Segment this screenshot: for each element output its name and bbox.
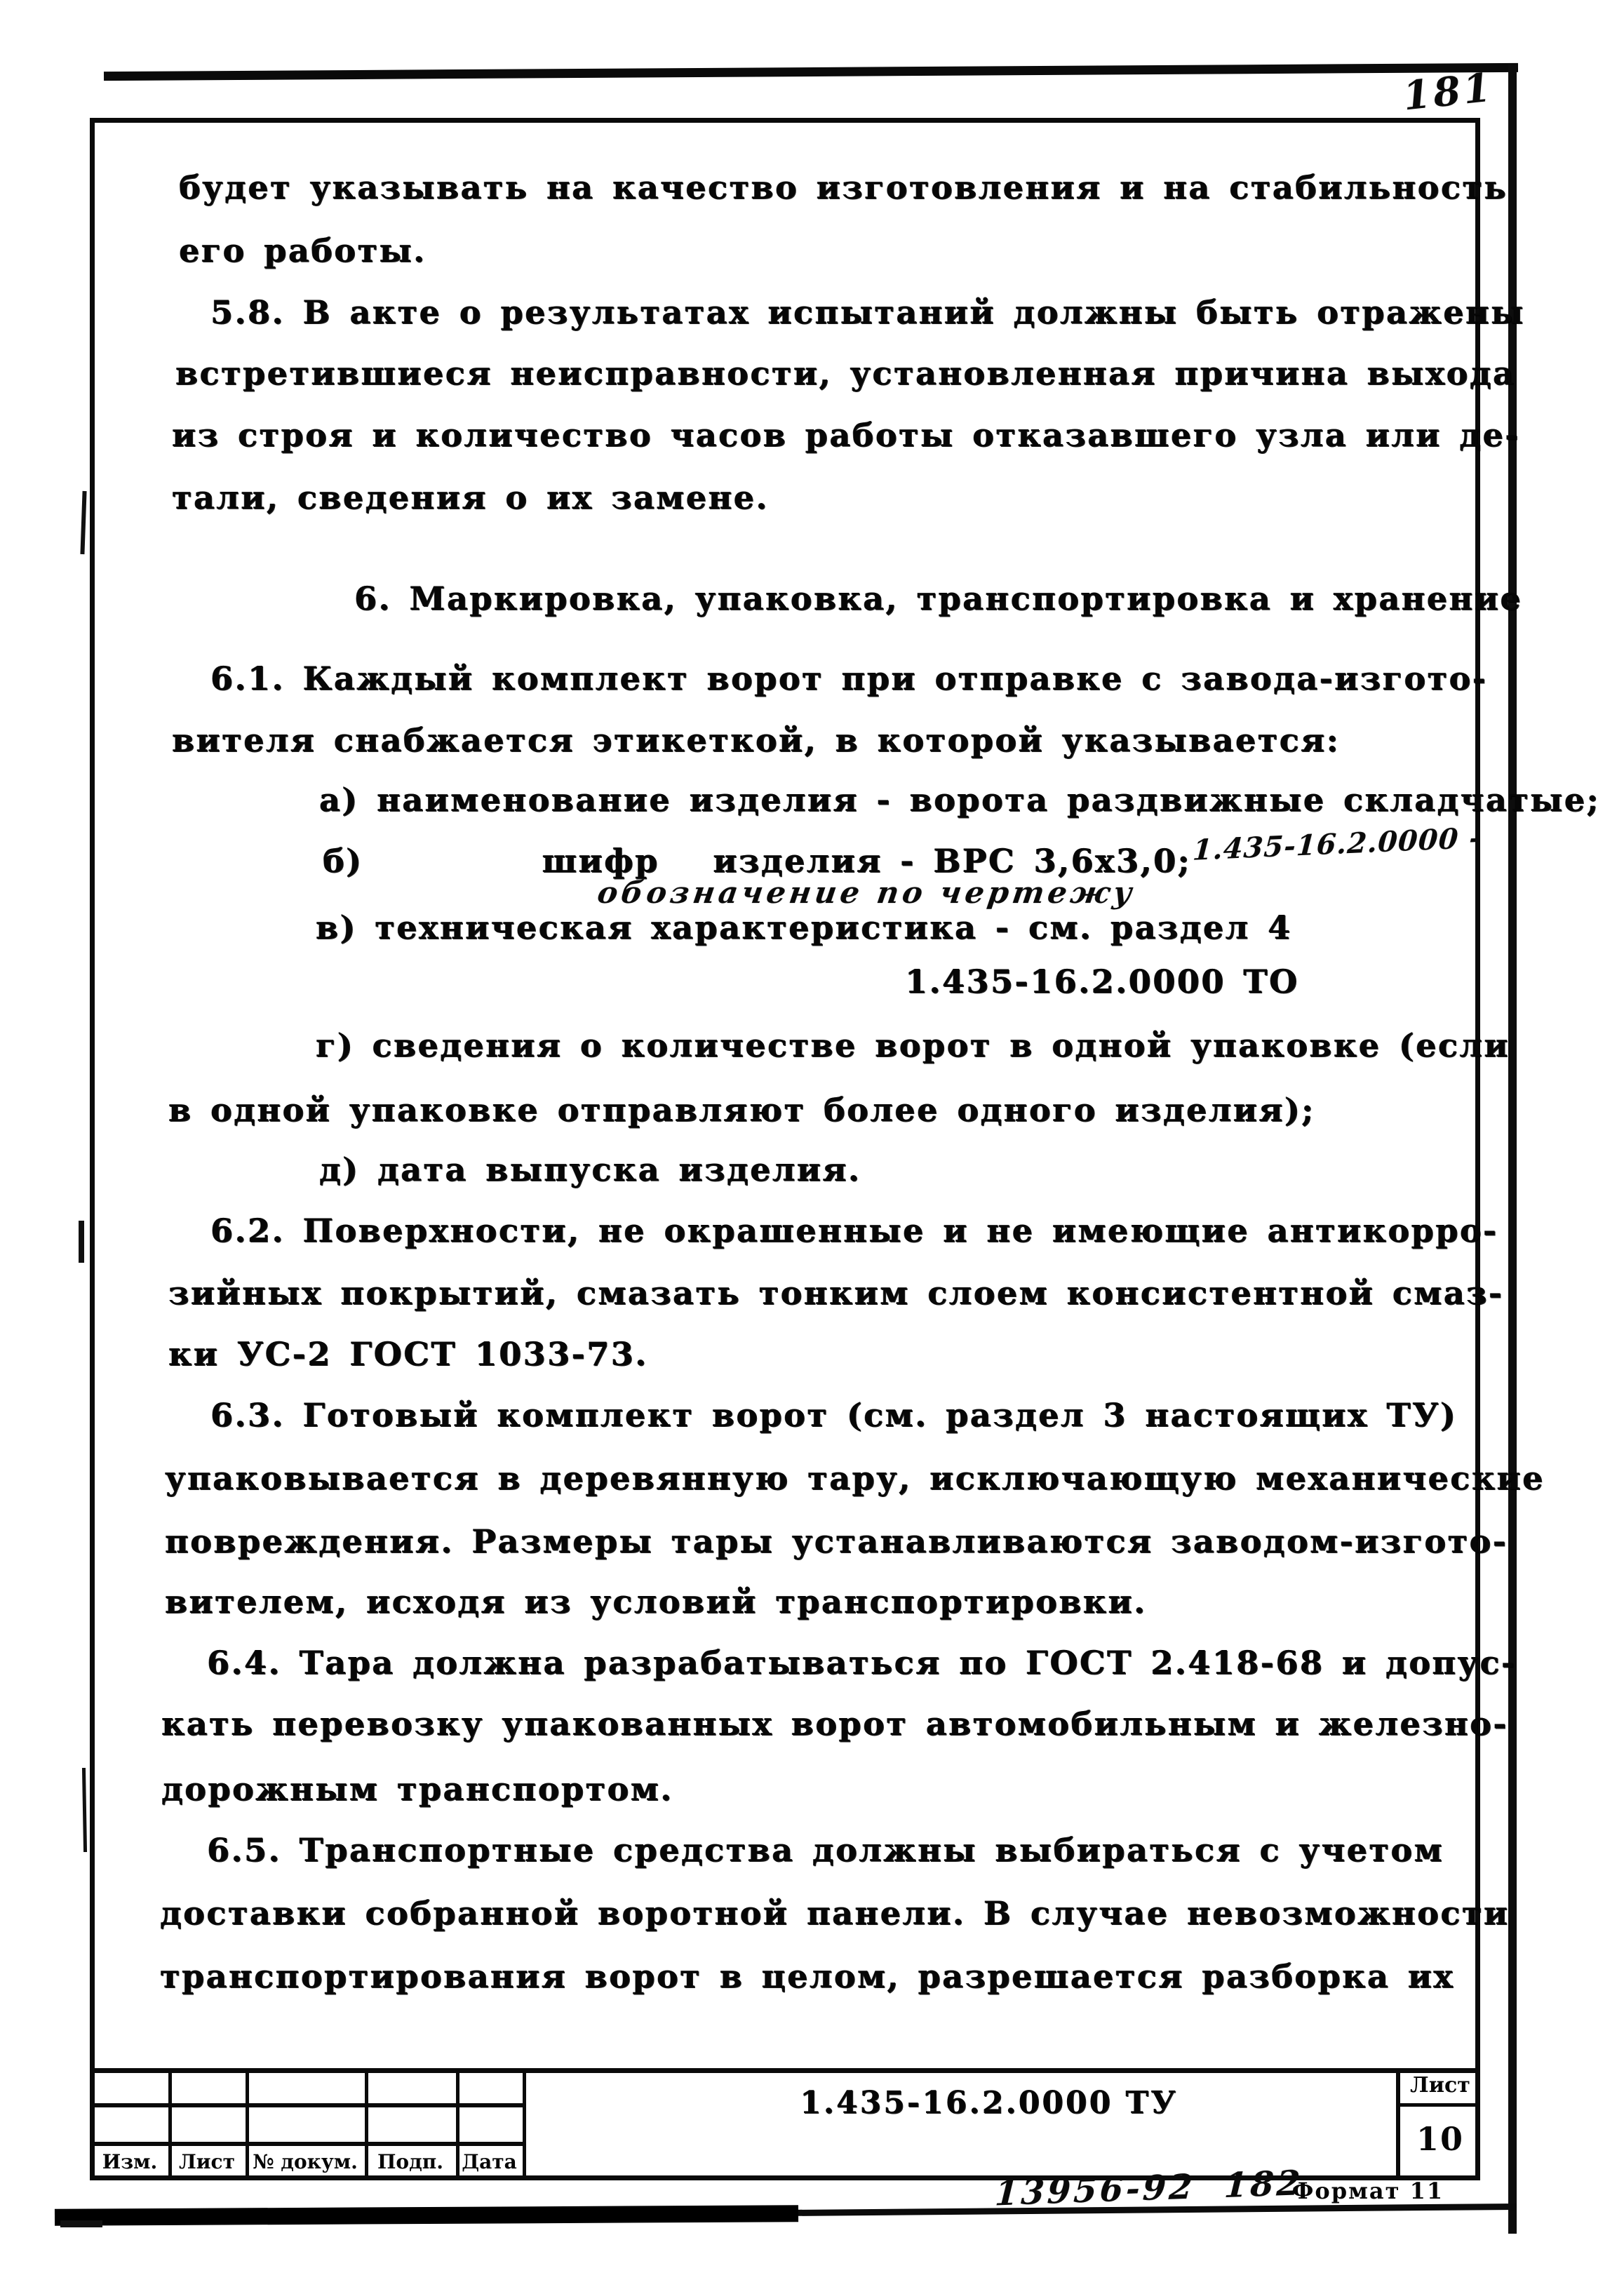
text-line: 6.1. Каждый комплект ворот при отправке … [210,659,1487,697]
text-line: транспортирования ворот в целом, разреша… [160,1957,1454,1995]
title-block-row-divider [90,2103,526,2107]
text-line: встретившиеся неисправности, установленн… [175,354,1515,392]
handwritten-drawing-note: обозначение по чертежу [595,876,1137,911]
scan-artifact [80,491,86,554]
text-line: 6.3. Готовый комплект ворот (см. раздел … [210,1396,1457,1434]
text-line: 6.2. Поверхности, не окрашенные и не име… [210,1212,1498,1249]
scanned-document-page: 181 будет указывать на качество изготовл… [0,0,1624,2287]
text-line: тали, сведения о их замене. [172,478,769,516]
text-line: будет указывать на качество изготовления… [179,168,1508,206]
sheet-number: 10 [1400,2120,1480,2158]
text-line: из строя и количество часов работы отказ… [172,416,1520,454]
text-line: упаковывается в деревянную тару, исключа… [165,1459,1545,1497]
text-line: повреждения. Размеры тары устанавливаютс… [165,1522,1508,1560]
text-line: д) дата выпуска изделия. [319,1151,861,1188]
text-line: кать перевозку упакованных ворот автомоб… [161,1705,1508,1743]
title-block-label: Подп. [365,2150,456,2173]
title-block-label: Изм. [91,2150,168,2173]
text-line: вителем, исходя из условий транспортиров… [165,1583,1147,1621]
text-line: в) техническая характеристика - см. разд… [316,908,1292,946]
title-block-label: Дата [456,2150,523,2173]
text-line: зийных покрытий, смазать тонким слоем ко… [168,1274,1503,1312]
title-block-label: Лист [168,2150,246,2173]
text-line: г) сведения о количестве ворот в одной у… [316,1026,1510,1064]
sheet-label: Лист [1400,2073,1480,2098]
text-line: а) наименование изделия - ворота раздвиж… [319,781,1600,819]
title-block-label: № докум. [246,2150,365,2173]
bottom-border-heavy [55,2205,798,2226]
text-line: в одной упаковке отправляют более одного… [168,1091,1315,1129]
text-line: доставки собранной воротной панели. В сл… [160,1894,1509,1932]
scan-artifact [82,1768,87,1852]
text-line: 6.5. Транспортные средства должны выбира… [207,1831,1444,1869]
text-line: 1.435-16.2.0000 ТО [905,963,1299,1000]
text-line: вителя снабжается этикеткой, в которой у… [172,721,1340,759]
title-block-top-border [90,2068,1480,2073]
title-block-column-labels: Изм.Лист№ докум.Подп.Дата [91,2144,526,2179]
text-line: его работы. [179,232,427,269]
page-number-handwritten: 181 [1401,64,1496,119]
scan-artifact [60,2220,102,2227]
format-label: Формат 11 [1292,2178,1444,2204]
text-line: 5.8. В акте о результатах испытаний долж… [210,293,1525,331]
text-line: 6.4. Тара должна разрабатываться по ГОСТ… [207,1644,1517,1682]
text-line: ки УС-2 ГОСТ 1033-73. [168,1335,648,1373]
scan-artifact [79,1221,84,1263]
sheet-box-divider [1396,2103,1480,2107]
document-number: 1.435-16.2.0000 ТУ [800,2085,1178,2121]
outer-top-border [104,63,1518,81]
text-line: 6. Маркировка, упаковка, транспортировка… [354,579,1522,617]
text-line: б) шифр изделия - ВРС 3,6х3,0; [323,842,1191,880]
text-line: дорожным транспортом. [161,1770,673,1808]
